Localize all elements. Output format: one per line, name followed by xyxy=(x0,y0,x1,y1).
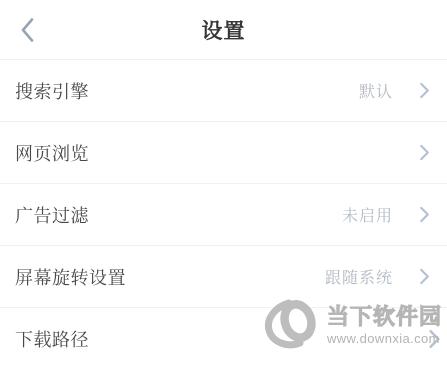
chevron-right-icon xyxy=(418,268,431,285)
chevron-right-icon xyxy=(427,329,442,349)
row-right: 默认 xyxy=(359,79,431,102)
row-value: 跟随系统 xyxy=(325,265,393,288)
row-right xyxy=(416,329,431,349)
settings-row-ad-filter[interactable]: 广告过滤 未启用 xyxy=(0,183,447,245)
row-label: 屏幕旋转设置 xyxy=(15,264,126,290)
settings-list: 搜索引擎 默认 网页浏览 广告过滤 未启用 xyxy=(0,59,447,369)
settings-row-download-path[interactable]: 下载路径 xyxy=(0,307,447,369)
chevron-right-icon xyxy=(418,144,431,161)
row-label: 网页浏览 xyxy=(15,140,89,166)
settings-row-search-engine[interactable]: 搜索引擎 默认 xyxy=(0,59,447,121)
header: 设置 xyxy=(0,0,447,59)
page-title: 设置 xyxy=(0,0,447,59)
chevron-right-icon xyxy=(418,82,431,99)
settings-row-web-browsing[interactable]: 网页浏览 xyxy=(0,121,447,183)
row-right: 跟随系统 xyxy=(325,265,431,288)
row-right xyxy=(418,144,431,161)
settings-screen: 设置 搜索引擎 默认 网页浏览 广告过滤 未启用 xyxy=(0,0,447,370)
row-right: 未启用 xyxy=(342,203,431,226)
chevron-right-icon xyxy=(418,206,431,223)
row-label: 广告过滤 xyxy=(15,202,89,228)
row-value: 默认 xyxy=(359,79,393,102)
row-label: 下载路径 xyxy=(15,326,89,352)
row-label: 搜索引擎 xyxy=(15,78,89,104)
row-value: 未启用 xyxy=(342,203,393,226)
settings-row-screen-rotation[interactable]: 屏幕旋转设置 跟随系统 xyxy=(0,245,447,307)
